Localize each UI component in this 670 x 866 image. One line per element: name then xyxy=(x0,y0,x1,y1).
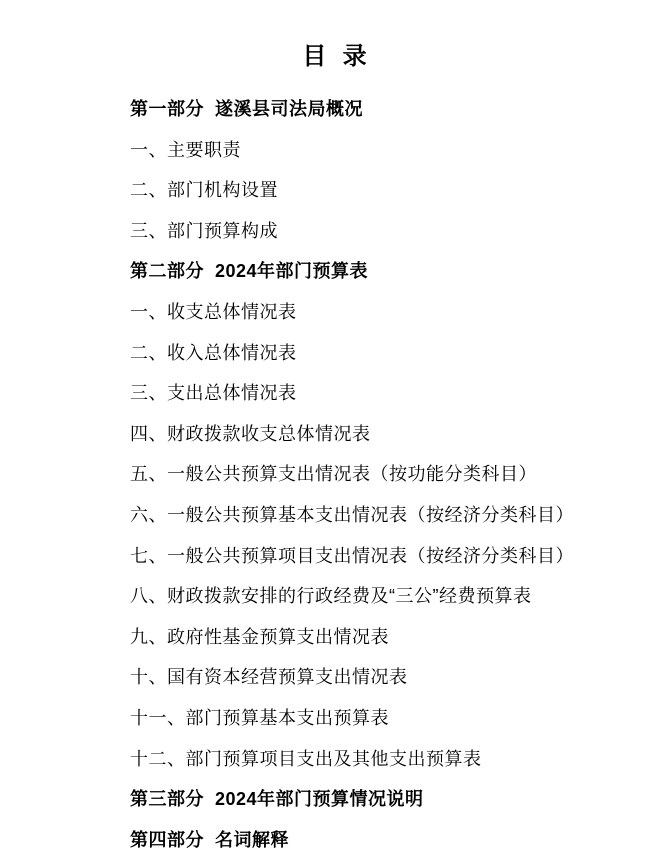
toc-item-part2-8: 八、财政拨款安排的行政经费及“三公”经费预算表 xyxy=(130,576,650,617)
toc-item-part2-2: 二、收入总体情况表 xyxy=(130,333,650,374)
toc-section-part4: 第四部分 名词解释 xyxy=(130,820,650,861)
toc-section-part1: 第一部分 遂溪县司法局概况 xyxy=(130,89,650,130)
toc-item-part2-12: 十二、部门预算项目支出及其他支出预算表 xyxy=(130,739,650,780)
toc-item-part2-6: 六、一般公共预算基本支出情况表（按经济分类科目） xyxy=(130,495,650,536)
document-page: 目 录 第一部分 遂溪县司法局概况 一、主要职责 二、部门机构设置 三、部门预算… xyxy=(0,0,670,866)
toc-item-part2-11: 十一、部门预算基本支出预算表 xyxy=(130,698,650,739)
toc-item-part2-10: 十、国有资本经营预算支出情况表 xyxy=(130,657,650,698)
toc-item-part2-9: 九、政府性基金预算支出情况表 xyxy=(130,617,650,658)
toc-item-part2-5: 五、一般公共预算支出情况表（按功能分类科目） xyxy=(130,454,650,495)
toc-item-part2-1: 一、收支总体情况表 xyxy=(130,292,650,333)
toc-item-part1-3: 三、部门预算构成 xyxy=(130,211,650,252)
toc-item-part1-1: 一、主要职责 xyxy=(130,130,650,171)
toc-item-part2-3: 三、支出总体情况表 xyxy=(130,373,650,414)
toc-item-part1-2: 二、部门机构设置 xyxy=(130,170,650,211)
toc-section-part3: 第三部分 2024年部门预算情况说明 xyxy=(130,779,650,820)
toc-item-part2-7: 七、一般公共预算项目支出情况表（按经济分类科目） xyxy=(130,536,650,577)
toc-section-part2: 第二部分 2024年部门预算表 xyxy=(130,251,650,292)
page-title: 目 录 xyxy=(0,0,670,72)
toc-item-part2-4: 四、财政拨款收支总体情况表 xyxy=(130,414,650,455)
table-of-contents: 第一部分 遂溪县司法局概况 一、主要职责 二、部门机构设置 三、部门预算构成 第… xyxy=(0,89,670,860)
